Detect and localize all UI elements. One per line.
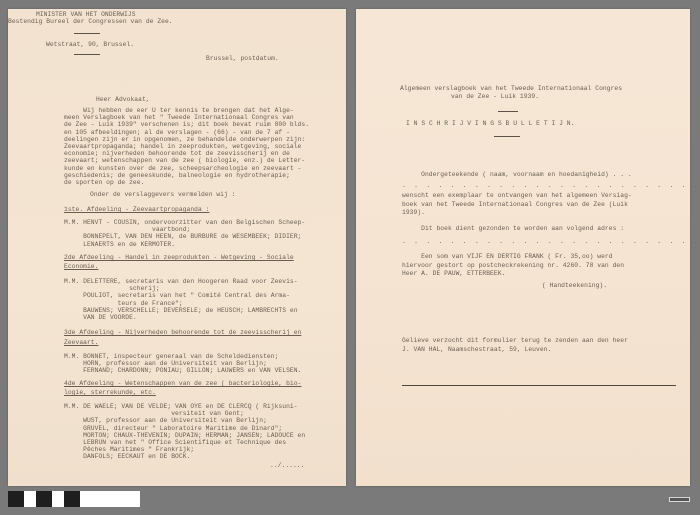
- scale-block-white: [52, 491, 64, 507]
- signature-label: ( Handteekening).: [542, 282, 607, 289]
- section-4-list: M.M. DE WAELE; VAN DE VELDE; VAN OYE en …: [64, 403, 305, 461]
- form-header-line1: Algemeen verslagboek van het Tweede Inte…: [400, 85, 622, 92]
- right-document-page: Algemeen verslagboek van het Tweede Inte…: [356, 9, 690, 486]
- section-heading-2: 2de Afdeeling - Handel in zeeprodukten -…: [64, 254, 294, 261]
- continuation-mark: ../......: [270, 462, 304, 469]
- size-marker-icon: [669, 497, 690, 502]
- return-note: Gelieve verzocht dit formulier terug te …: [402, 336, 628, 354]
- form-title: I N S C H R I J V I N G S B U L L E T I …: [406, 120, 574, 127]
- divider: [74, 33, 100, 34]
- address-fill-line: . . . . . . . . . . . . . . . . . . . . …: [402, 238, 700, 245]
- divider: [74, 54, 100, 55]
- letter-date: Brussel, postdatum.: [206, 55, 279, 62]
- section-2-list: M.M. DELETTERE, secretaris van den Hooge…: [64, 278, 298, 321]
- section-heading-3: 3de Afdeeling - Nijverheden behoorende t…: [64, 329, 301, 336]
- letterhead-address: Wetstraat, 90, Brussel.: [46, 41, 134, 48]
- color-scale-bar: [8, 491, 140, 507]
- name-fill-line: . . . . . . . . . . . . . . . . . . . . …: [402, 182, 700, 189]
- salutation: Heer Advokaat,: [96, 96, 150, 103]
- list-intro: Onder de verslaggevers vermelden wij :: [90, 191, 236, 198]
- section-heading-1: 1ste. Afdeeling - Zeevaartpropaganda :: [64, 206, 210, 213]
- scale-block-black: [64, 491, 80, 507]
- form-paragraph-1-cont: wenscht een exemplaar te ontvangen van h…: [402, 192, 632, 218]
- form-paragraph-2: Dit boek dient gezonden te worden aan vo…: [402, 225, 624, 232]
- section-1-list: M.M. HENVT - COUSIN, ondervoorzitter van…: [64, 219, 305, 248]
- section-heading-3-cont: Zeevaart.: [64, 339, 98, 346]
- divider: [494, 136, 520, 137]
- left-document-page: MINISTER VAN HET ONDERWIJS Bestendig Bur…: [8, 9, 346, 486]
- section-heading-4: 4de Afdeeling - Wetenschappen van de zee…: [64, 380, 301, 387]
- section-heading-2-cont: Economie.: [64, 263, 98, 270]
- cut-line: [402, 385, 676, 386]
- section-3-list: M.M. BONNET, inspecteur generaal van de …: [64, 353, 301, 375]
- scale-block-white-long: [80, 491, 140, 507]
- scale-block-black: [8, 491, 24, 507]
- form-paragraph-3: Een som van VIJF EN DERTIG FRANK ( Fr. 3…: [402, 253, 624, 279]
- scale-block-white: [24, 491, 36, 507]
- letter-body: Wij hebben de eer U ter kennis te brenge…: [64, 107, 309, 186]
- scale-block-black: [36, 491, 52, 507]
- form-paragraph-1: Ondergeteekende ( naam, voornaam en hoed…: [402, 171, 632, 178]
- section-heading-4-cont: logie, sterrekunde, etc.: [64, 389, 156, 396]
- form-header-line2: van de Zee - Luik 1939.: [451, 93, 539, 100]
- letterhead-bureau: Bestendig Bureel der Congressen van de Z…: [8, 18, 173, 25]
- divider: [498, 111, 518, 112]
